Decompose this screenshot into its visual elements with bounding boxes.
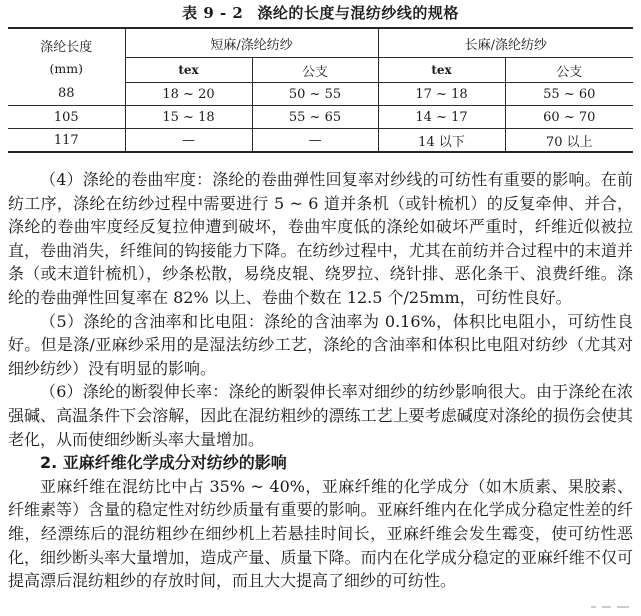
- cell-value: 15 ~ 18: [125, 106, 252, 129]
- subheader-tex-1: tex: [125, 58, 252, 83]
- cell-value: 60 ~ 70: [505, 106, 633, 129]
- cell-value: 55 ~ 65: [252, 106, 378, 129]
- cell-value: 70 以上: [505, 129, 633, 153]
- spec-table: 涤纶长度 (mm) 短麻/涤纶纺纱 长麻/涤纶纺纱 tex 公支 tex 公支 …: [8, 27, 633, 153]
- cell-value: 55 ~ 60: [505, 83, 633, 106]
- cell-length: 88: [8, 83, 125, 106]
- corner-smudge: [585, 606, 629, 609]
- table-row: 117 — — 14 以下 70 以上: [8, 129, 633, 153]
- table-caption: 涤纶的长度与混纺纱线的规格: [257, 4, 459, 22]
- cell-value: —: [125, 129, 252, 153]
- header-group-short-flax: 短麻/涤纶纺纱: [125, 28, 378, 58]
- subheader-gongzhi-2: 公支: [505, 58, 633, 83]
- cell-length: 105: [8, 106, 125, 129]
- table-row: 105 15 ~ 18 55 ~ 65 14 ~ 17 60 ~ 70: [8, 106, 633, 129]
- subheader-tex-2: tex: [378, 58, 505, 83]
- table-number: 表 9 - 2: [182, 4, 243, 22]
- table-title: 表 9 - 2涤纶的长度与混纺纱线的规格: [8, 4, 633, 23]
- table-row: 88 18 ~ 20 50 ~ 55 17 ~ 18 55 ~ 60: [8, 83, 633, 106]
- cell-value: 50 ~ 55: [252, 83, 378, 106]
- header-length-unit: (mm): [8, 59, 125, 81]
- header-cell-length: 涤纶长度 (mm): [8, 28, 125, 83]
- document-page: 表 9 - 2涤纶的长度与混纺纱线的规格 涤纶长度 (mm) 短麻/涤纶纺纱 长…: [0, 0, 641, 616]
- cell-value: —: [252, 129, 378, 153]
- cell-value: 17 ~ 18: [378, 83, 505, 106]
- cell-value: 14 以下: [378, 129, 505, 153]
- header-group-long-flax: 长麻/涤纶纺纱: [378, 28, 633, 58]
- body-text: （4）涤纶的卷曲牢度：涤纶的卷曲弹性回复率对纱线的可纺性有重要的影响。在前纺工序…: [8, 168, 633, 593]
- cell-length: 117: [8, 129, 125, 153]
- subheader-gongzhi-1: 公支: [252, 58, 378, 83]
- paragraph-elongation: （6）涤纶的断裂伸长率：涤纶的断裂伸长率对细纱的纺纱影响很大。由于涤纶在浓强碱、…: [8, 380, 633, 451]
- cell-value: 14 ~ 17: [378, 106, 505, 129]
- table-group-header-row: 涤纶长度 (mm) 短麻/涤纶纺纱 长麻/涤纶纺纱: [8, 28, 633, 58]
- header-length-label: 涤纶长度: [8, 31, 125, 59]
- paragraph-oil-content: （5）涤纶的含油率和比电阻：涤纶的含油率为 0.16%，体积比电阻小，可纺性良好…: [8, 310, 633, 381]
- section-heading-flax-chemistry: 2. 亚麻纤维化学成分对纺纱的影响: [8, 451, 633, 475]
- paragraph-crimp-fastness: （4）涤纶的卷曲牢度：涤纶的卷曲弹性回复率对纱线的可纺性有重要的影响。在前纺工序…: [8, 168, 633, 310]
- paragraph-flax-chemistry: 亚麻纤维在混纺比中占 35% ~ 40%，亚麻纤维的化学成分（如木质素、果胶素、…: [8, 475, 633, 593]
- cell-value: 18 ~ 20: [125, 83, 252, 106]
